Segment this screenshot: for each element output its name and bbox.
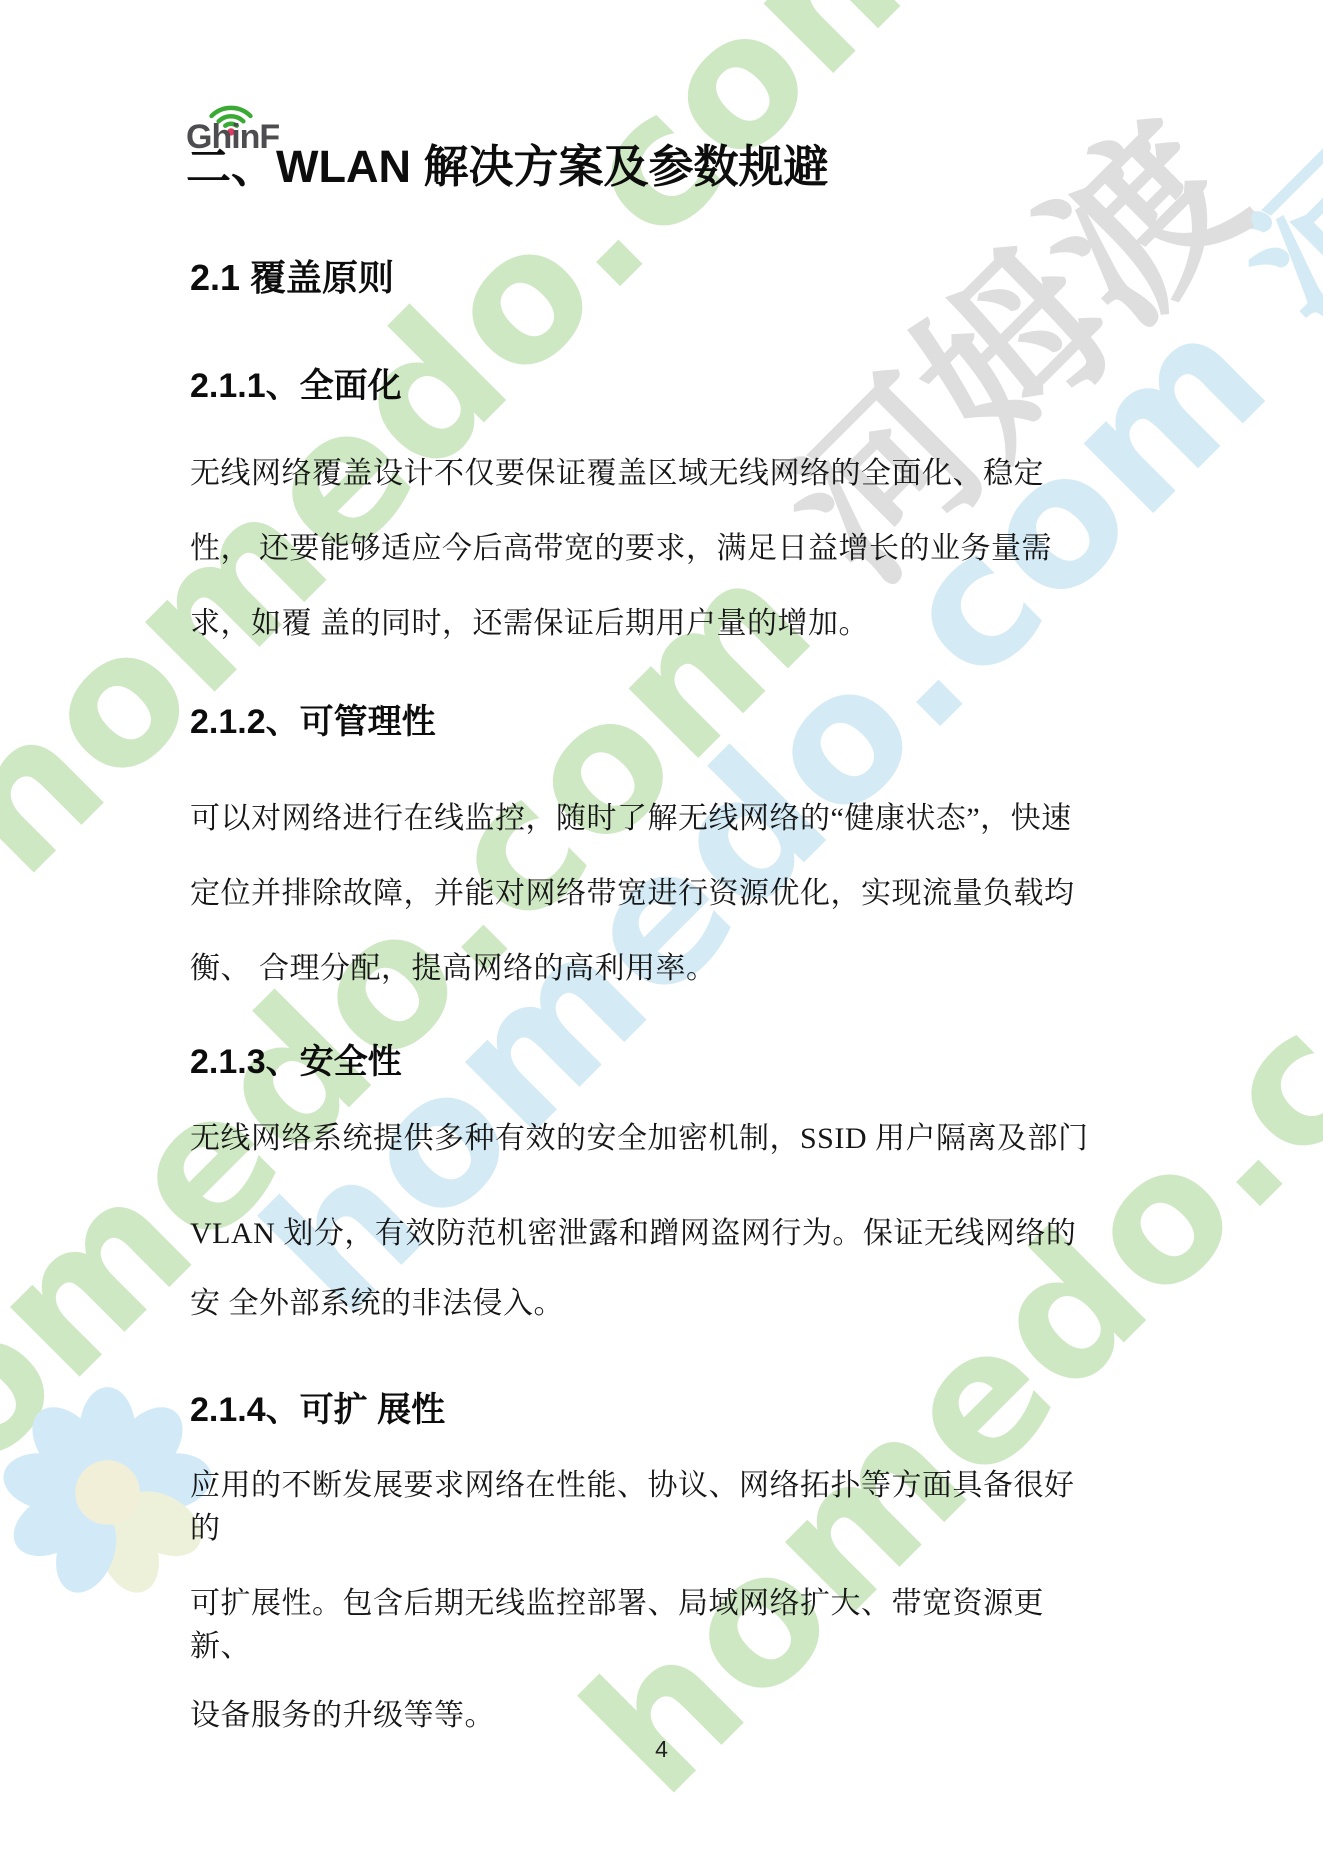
body-line: VLAN 划分，有效防范机密泄露和蹭网盗网行为。保证无线网络的: [190, 1208, 1076, 1252]
document-page: homedo.com 河姆渡 homedo.com 河姆渡 homedo.com…: [0, 0, 1323, 1871]
body-line: 的: [190, 1503, 221, 1547]
body-line: 新、: [190, 1621, 251, 1665]
logo-wordmark: GhinF: [186, 118, 279, 157]
body-line: 安 全外部系统的非法侵入。: [190, 1278, 564, 1322]
page-title: 二、WLAN 解决方案及参数规避: [186, 130, 828, 195]
body-line: 衡、 合理分配，提高网络的高利用率。: [190, 943, 717, 987]
heading-2-1-3: 2.1.3、安全性: [190, 1034, 402, 1083]
body-line: 无线网络系统提供多种有效的安全加密机制，SSID 用户隔离及部门: [190, 1113, 1089, 1157]
heading-2-1-1: 2.1.1、全面化: [190, 358, 402, 407]
body-line: 定位并排除故障，并能对网络带宽进行资源优化，实现流量负载均: [190, 868, 1075, 912]
body-line: 无线网络覆盖设计不仅要保证覆盖区域无线网络的全面化、稳定: [190, 448, 1044, 492]
body-line: 设备服务的升级等等。: [190, 1690, 495, 1734]
body-line: 求，如覆 盖的同时，还需保证后期用户量的增加。: [190, 598, 869, 642]
heading-2-1-2: 2.1.2、可管理性: [190, 694, 436, 743]
body-line: 可以对网络进行在线监控，随时了解无线网络的“健康状态”，快速: [190, 793, 1072, 837]
page-number: 4: [0, 1736, 1323, 1763]
body-line: 应用的不断发展要求网络在性能、协议、网络拓扑等方面具备很好: [190, 1460, 1075, 1504]
document-content: 二、WLAN 解决方案及参数规避 2.1 覆盖原则 2.1.1、全面化 无线网络…: [0, 0, 1323, 1871]
body-line: 性， 还要能够适应今后高带宽的要求，满足日益增长的业务量需: [190, 523, 1052, 567]
heading-2-1: 2.1 覆盖原则: [190, 250, 394, 301]
body-line: 可扩展性。包含后期无线监控部署、局域网络扩大、带宽资源更: [190, 1578, 1044, 1622]
heading-2-1-4: 2.1.4、可扩 展性: [190, 1382, 445, 1431]
